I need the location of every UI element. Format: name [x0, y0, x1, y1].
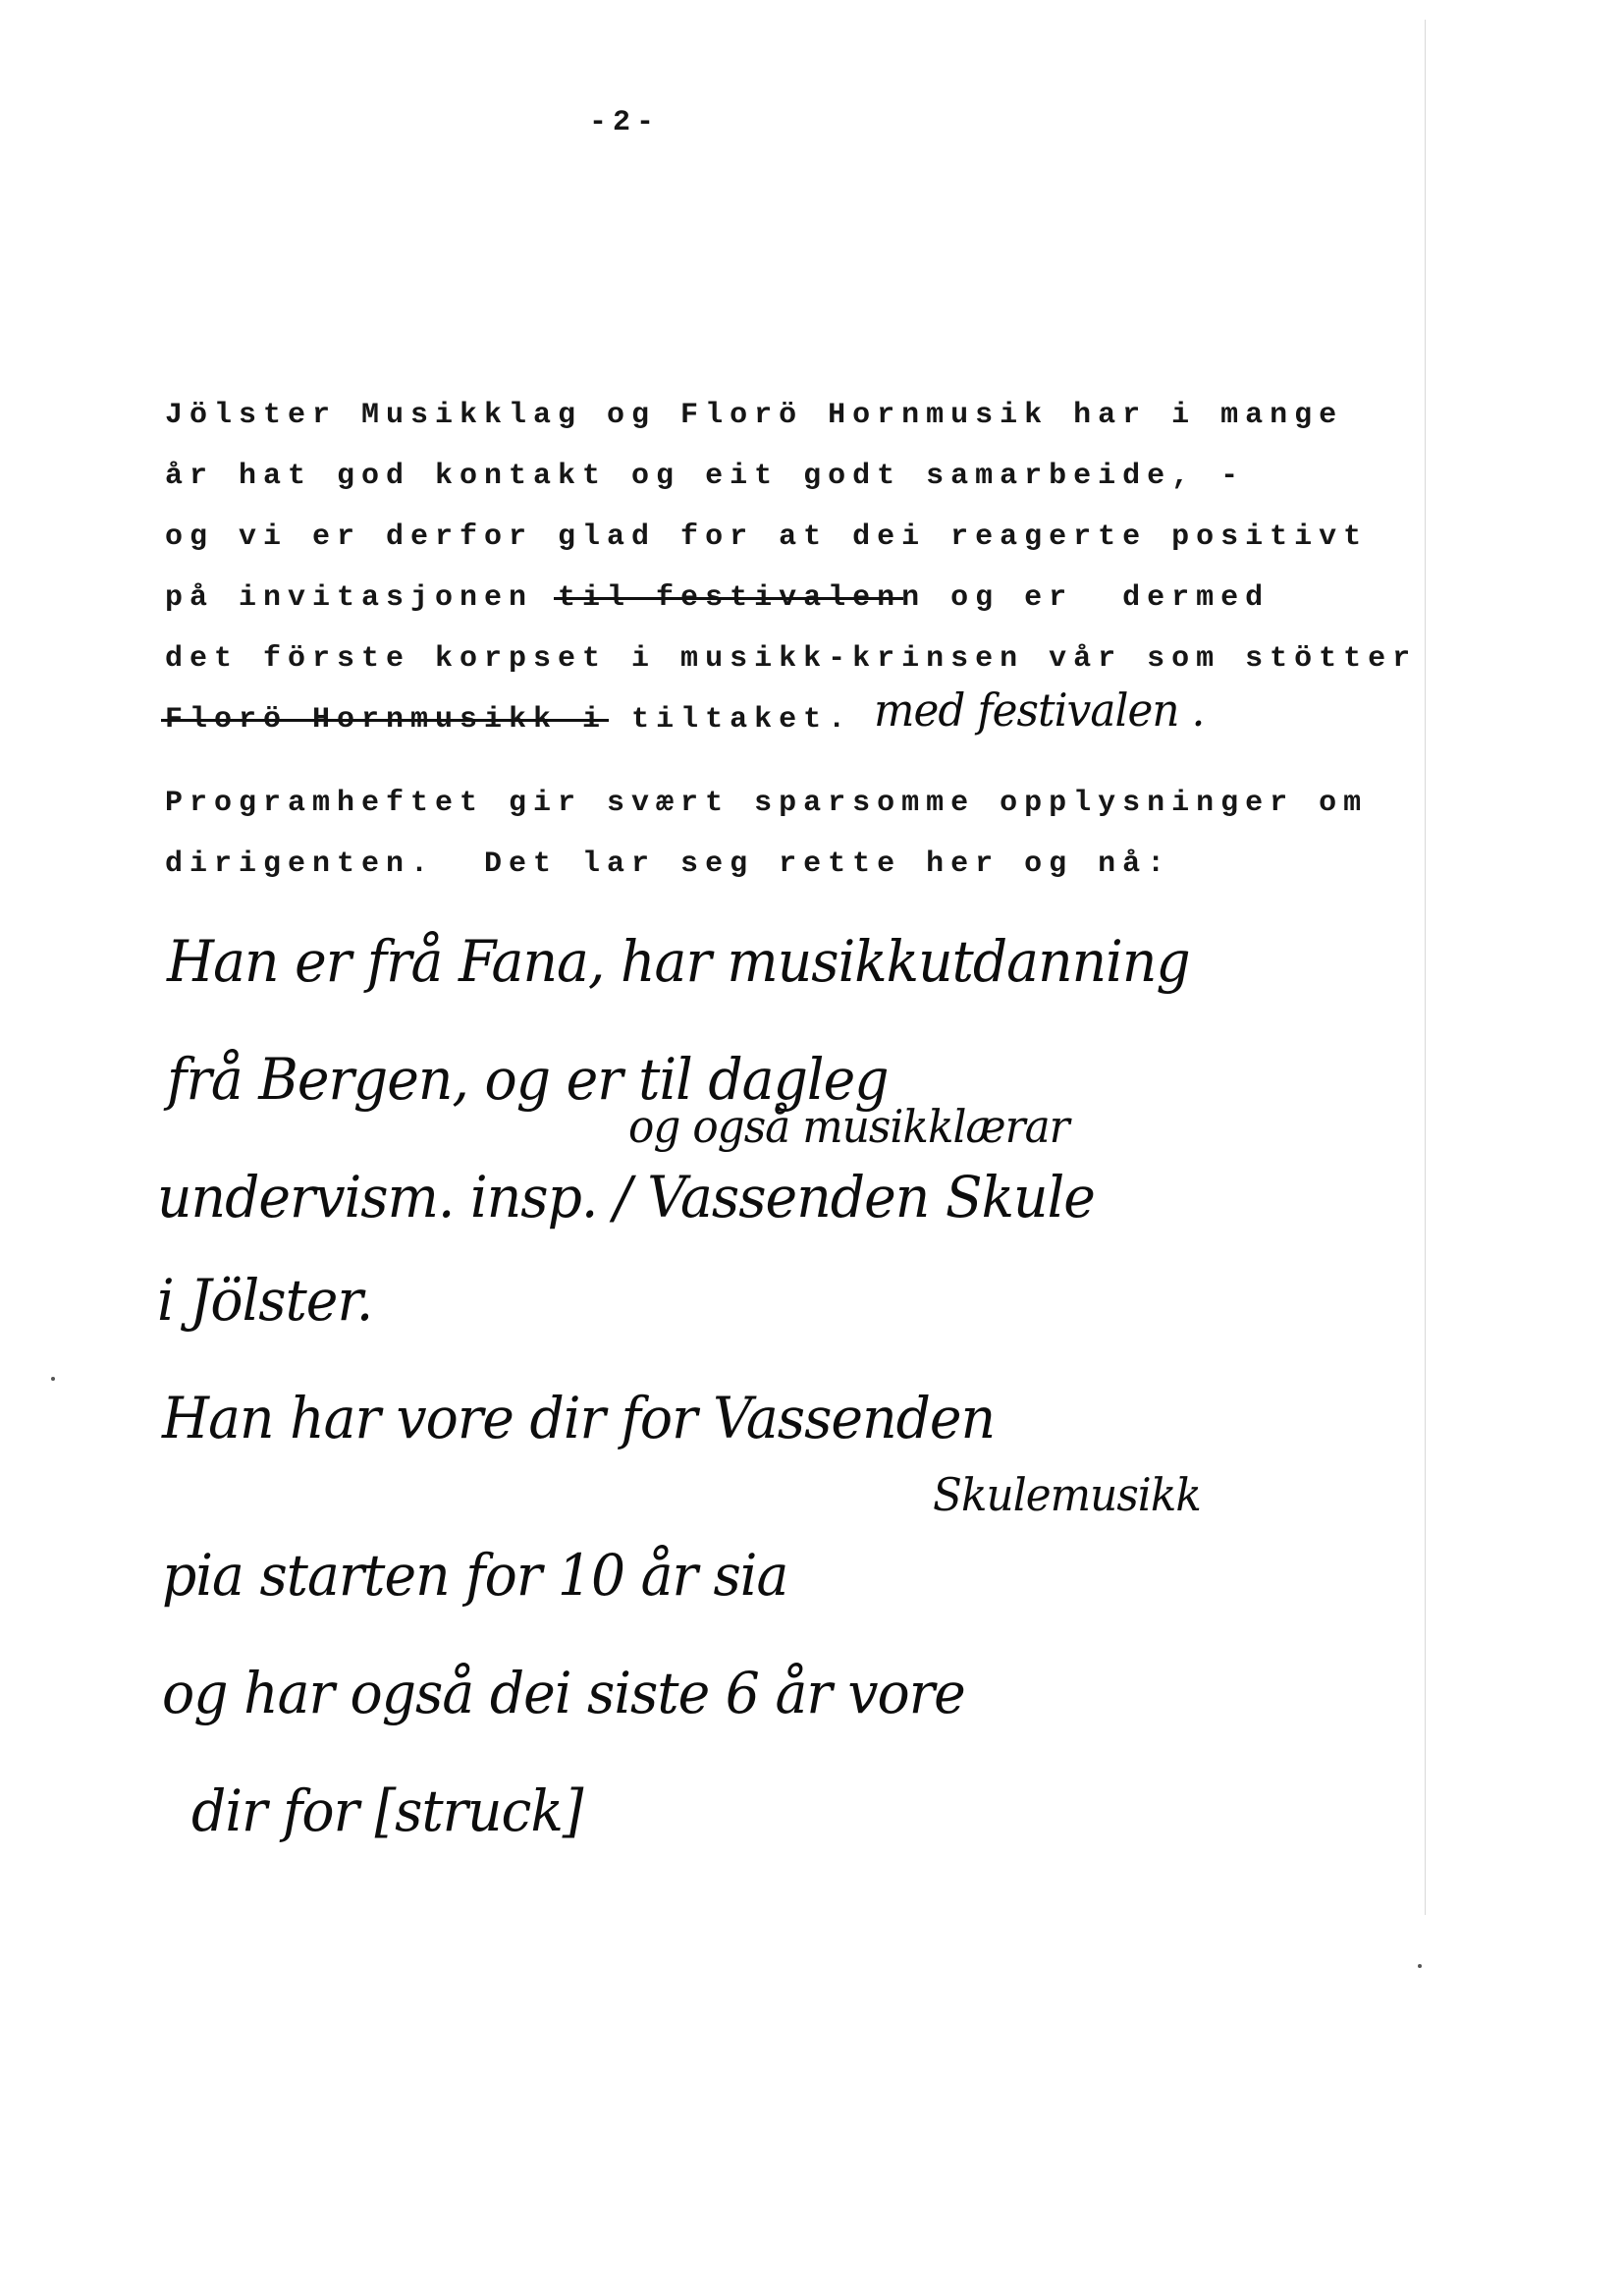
- typed-line: det förste korpset i musikk-krinsen vår …: [165, 641, 1417, 677]
- handwritten-line: dir for [struck]: [191, 1777, 582, 1844]
- typed-text: på invitasjonen: [165, 581, 558, 615]
- typed-line: og vi er derfor glad for at dei reagerte…: [165, 519, 1368, 555]
- typed-line: år hat god kontakt og eit godt samarbeid…: [165, 459, 1245, 494]
- typed-line: på invitasjonen til festivalenn og er de…: [165, 580, 1270, 616]
- typed-text: tiltaket.: [607, 703, 852, 737]
- struck-text: Florö Hornmusikk i: [165, 703, 607, 737]
- handwritten-insert: Skulemusikk: [933, 1468, 1201, 1521]
- scan-speck: [51, 1377, 55, 1381]
- page-number: -2-: [589, 106, 660, 139]
- typed-text: n og er dermed: [901, 581, 1270, 615]
- scan-speck: [1418, 1964, 1422, 1968]
- typed-line: dirigenten. Det lar seg rette her og nå:: [165, 847, 1171, 882]
- handwritten-insert: og også musikklærar: [628, 1100, 1069, 1153]
- struck-text: til festivalen: [558, 581, 901, 615]
- scan-edge-line: [1425, 20, 1426, 1915]
- typed-line: Jölster Musikklag og Florö Hornmusik har…: [165, 398, 1343, 433]
- handwritten-line: Han er frå Fana, har musikkutdanning: [167, 928, 1190, 995]
- handwritten-line: i Jölster.: [157, 1267, 372, 1334]
- handwritten-line: og har også dei siste 6 år vore: [162, 1660, 965, 1726]
- handwritten-line: undervism. insp. / Vassenden Skule: [157, 1164, 1095, 1230]
- handwritten-insert: med festivalen .: [874, 683, 1204, 737]
- handwritten-line: pia starten for 10 år sia: [162, 1542, 787, 1609]
- handwritten-line: Han har vore dir for Vassenden: [162, 1385, 995, 1451]
- typed-line: Florö Hornmusikk i tiltaket.: [165, 702, 852, 738]
- typed-line: Programheftet gir svært sparsomme opplys…: [165, 786, 1368, 821]
